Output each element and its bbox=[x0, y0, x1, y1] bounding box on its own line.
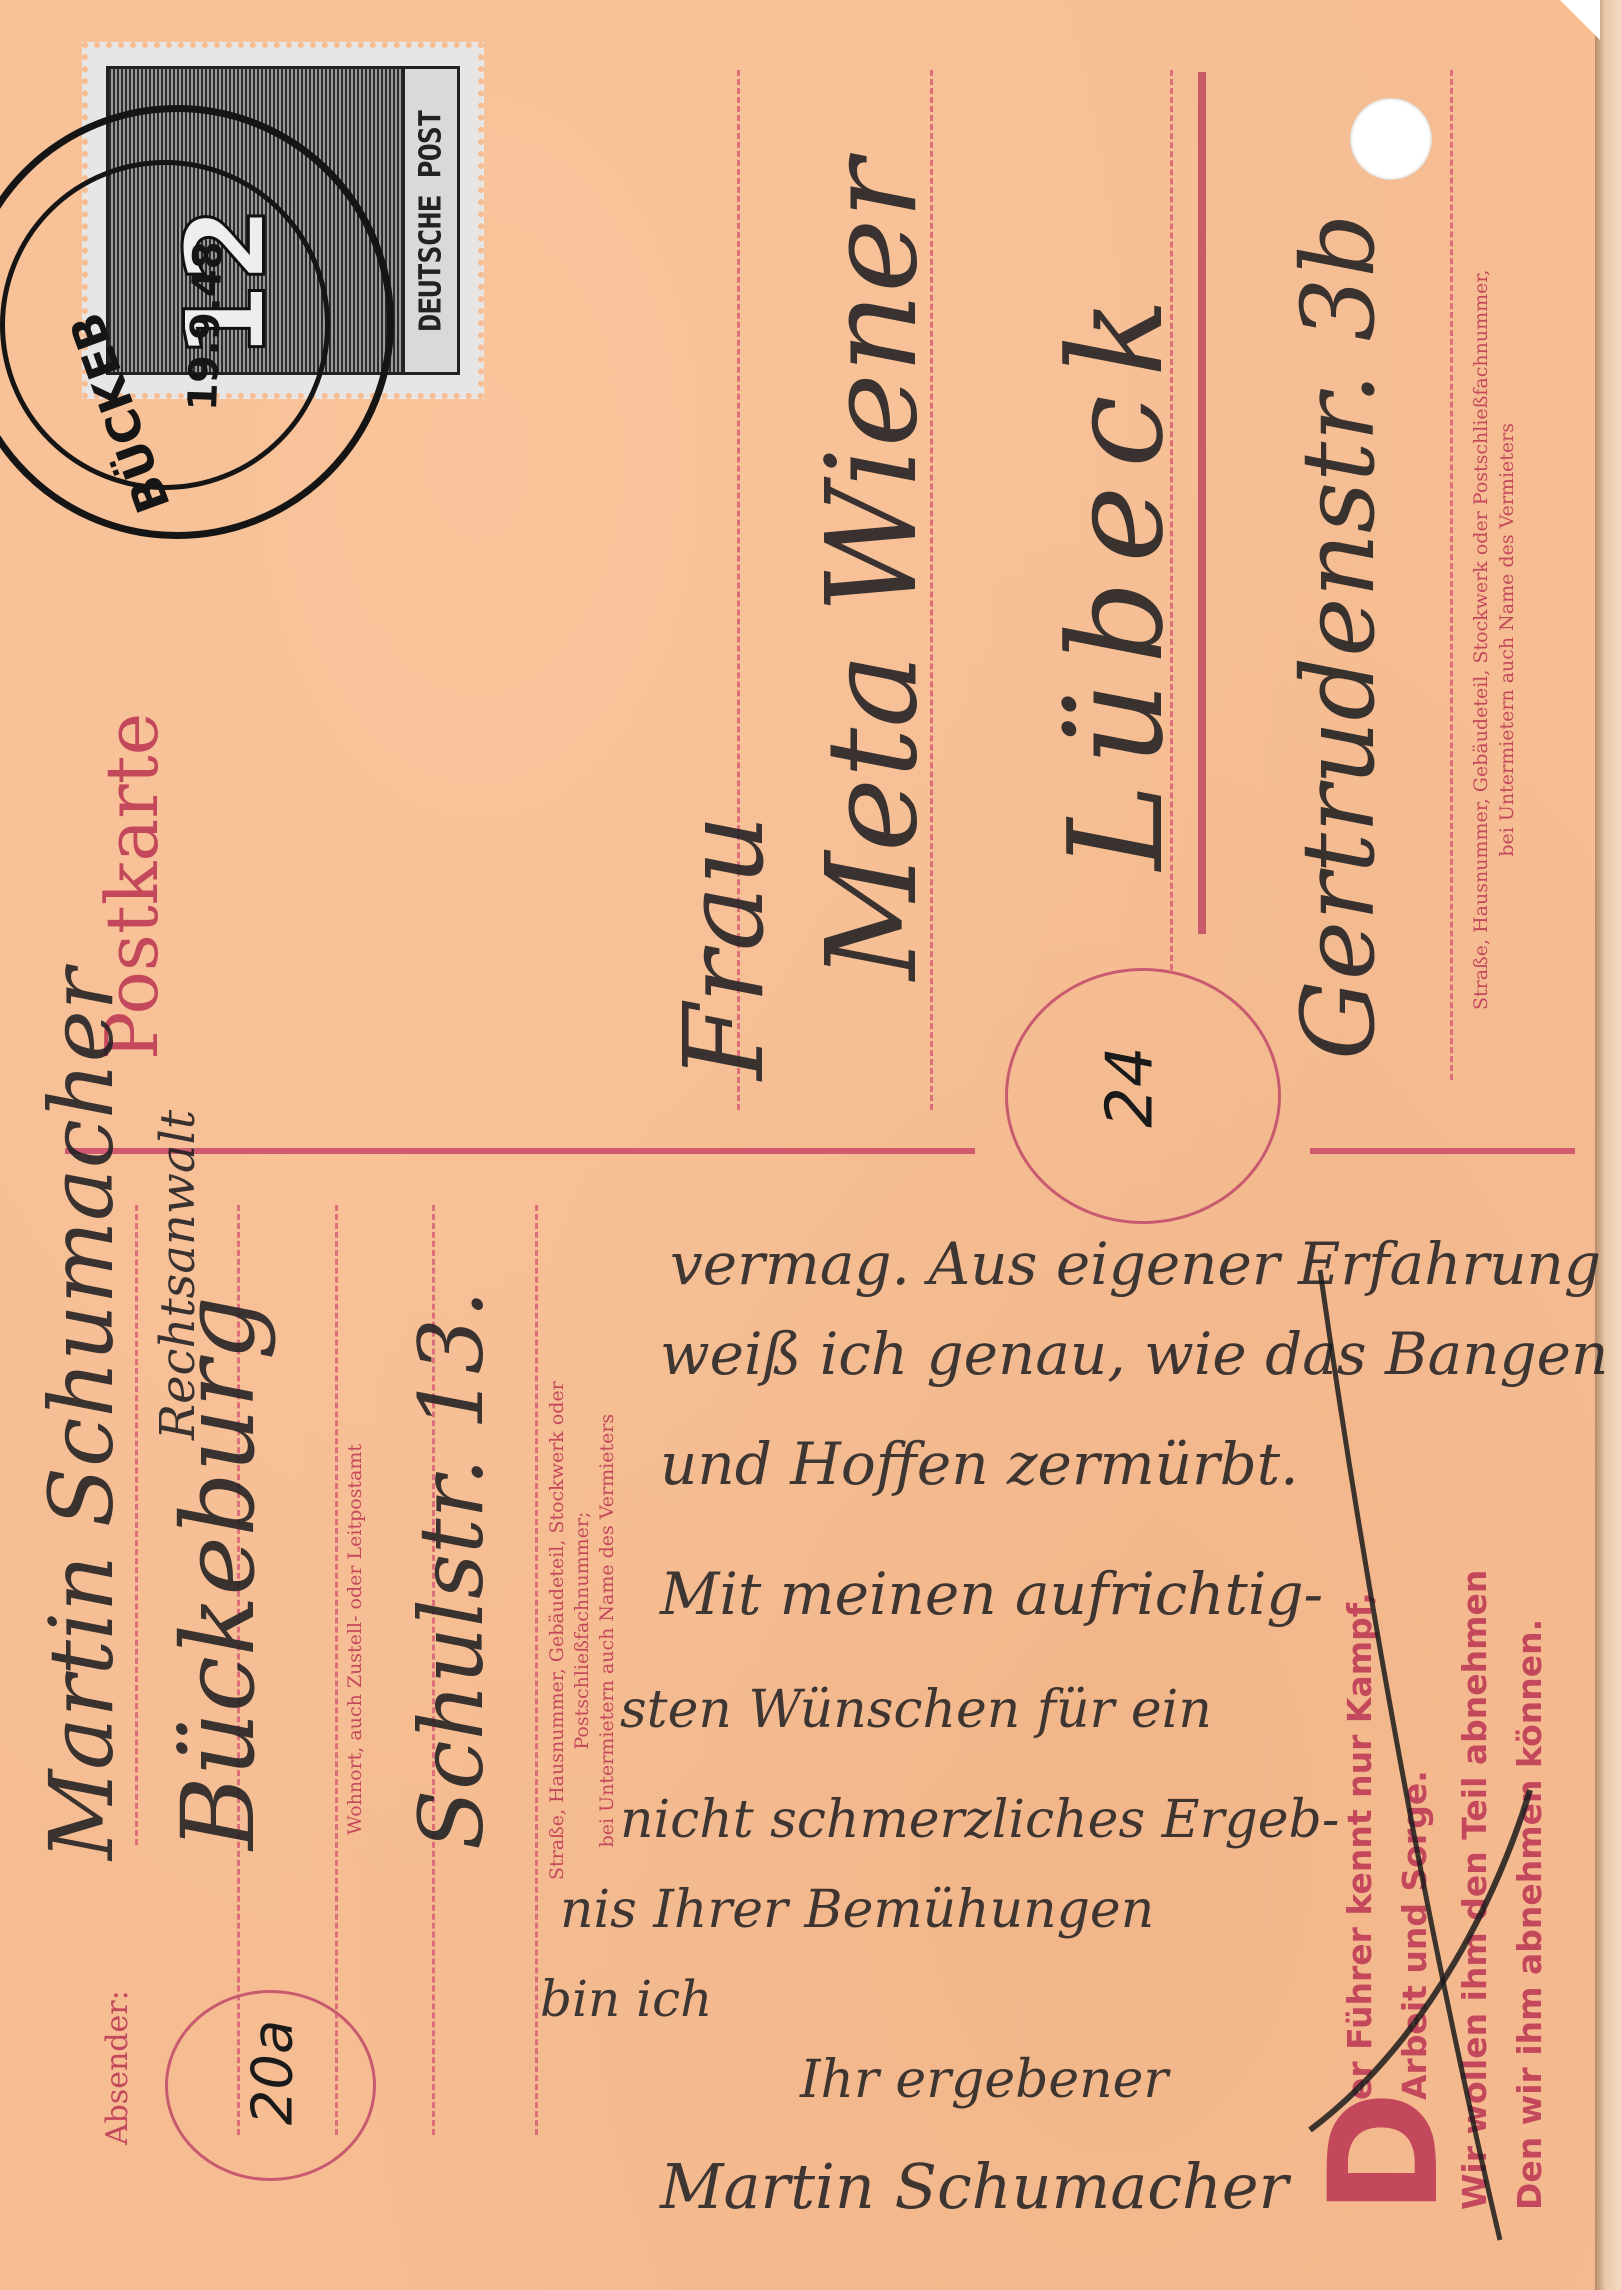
message-line: nis Ihrer Bemühungen bbox=[560, 1880, 1154, 1940]
address-line bbox=[1450, 70, 1453, 1080]
hint-line: Straße, Hausnummer, Gebäudeteil, Stockwe… bbox=[545, 1381, 570, 1880]
message-line: und Hoffen zermürbt. bbox=[660, 1430, 1299, 1498]
sender-town: Bückeburg bbox=[160, 1296, 277, 1850]
hint-line: Straße, Hausnummer, Gebäudeteil, Stockwe… bbox=[1468, 270, 1494, 1010]
message-line: sten Wünschen für ein bbox=[620, 1680, 1212, 1740]
message-line: Mit meinen aufrichtig- bbox=[660, 1560, 1323, 1628]
postmark-date: 19.9.48 bbox=[180, 241, 232, 412]
message-line: bin ich bbox=[540, 1970, 712, 2028]
sender-line bbox=[135, 1205, 138, 1845]
stamp-issuer: DEUTSCHE POST bbox=[414, 110, 449, 332]
recipient-street: Gertrudenstr. 3b bbox=[1280, 214, 1397, 1060]
hint-line: bei Untermietern auch Name des Vermieter… bbox=[595, 1381, 620, 1880]
recipient-name: Meta Wiener bbox=[800, 159, 945, 980]
postmark-inner-ring bbox=[0, 160, 330, 490]
recipient-postcode: 24 bbox=[1094, 1046, 1168, 1127]
sender-label: Absender: bbox=[100, 1990, 135, 2145]
sender-line bbox=[335, 1205, 338, 2135]
town-underline bbox=[1198, 72, 1206, 934]
message-line: nicht schmerzliches Ergeb- bbox=[620, 1790, 1339, 1850]
hint-line: Postschließfachnummer; bbox=[570, 1381, 595, 1880]
sender-postcode: 20a bbox=[240, 2020, 305, 2126]
recipient-salutation: Frau bbox=[660, 815, 788, 1080]
recipient-street-hint: Straße, Hausnummer, Gebäudeteil, Stockwe… bbox=[1468, 270, 1520, 1010]
sender-name: Martin Schumacher bbox=[30, 968, 133, 1860]
stamp-issuer-panel: DEUTSCHE POST bbox=[402, 69, 457, 372]
sender-street: Schulstr. 13. bbox=[400, 1290, 503, 1850]
sender-town-hint: Wohnort, auch Zustell- oder Leitpostamt bbox=[344, 1444, 366, 1835]
message-closing: Ihr ergebener bbox=[800, 2050, 1168, 2110]
recipient-town: Lübeck bbox=[1040, 280, 1192, 870]
cross-out-mark-icon bbox=[1300, 1250, 1620, 2250]
sender-line bbox=[535, 1205, 538, 2135]
torn-corner bbox=[1560, 0, 1600, 40]
message-signature: Martin Schumacher bbox=[660, 2150, 1288, 2223]
punch-hole-icon bbox=[1350, 98, 1432, 180]
divider-line bbox=[1310, 1148, 1575, 1154]
hint-line: bei Untermietern auch Name des Vermieter… bbox=[1494, 270, 1520, 1010]
sender-street-hint: Straße, Hausnummer, Gebäudeteil, Stockwe… bbox=[545, 1381, 620, 1880]
